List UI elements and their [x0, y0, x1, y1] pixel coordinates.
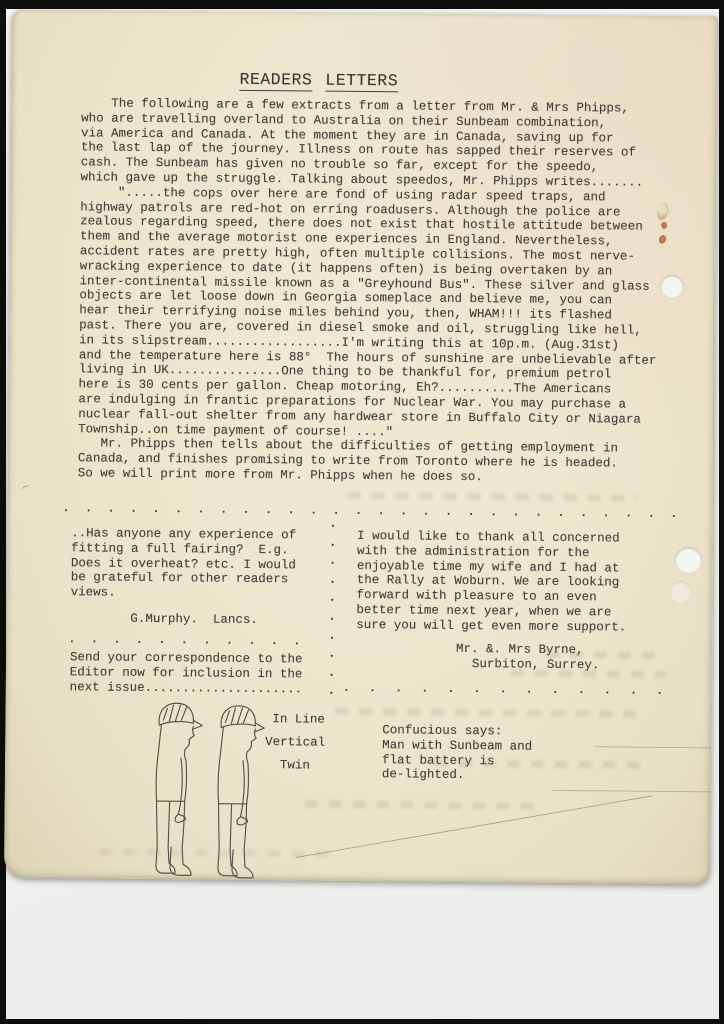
figure-caption-line1: In Line — [272, 712, 325, 727]
hole-punch-ghost — [670, 581, 692, 603]
figure-caption-line2: Vertical — [265, 735, 325, 750]
paper-sheet: READERSLETTERS The following are a few e… — [4, 10, 718, 885]
page-title-word2: LETTERS — [325, 71, 398, 93]
page-title-word1: READERS — [239, 70, 312, 92]
page-title: READERSLETTERS — [239, 70, 411, 92]
byrne-letter-text: I would like to thank all concerned with… — [356, 529, 627, 635]
dotted-separator-right-column: . . . . . . . . . . . . . — [343, 681, 665, 698]
hole-punch-bottom — [675, 547, 702, 573]
murphy-signature: G.Murphy. Lancs. — [130, 612, 258, 628]
hole-punch-top — [660, 275, 683, 298]
rust-spot-1 — [661, 222, 667, 229]
main-article-text: The following are a few extracts from a … — [78, 96, 659, 486]
editor-notice-text: Send your correspondence to the Editor n… — [70, 650, 303, 697]
figure-caption-line3: Twin — [280, 758, 310, 773]
bleedthrough-smudge — [511, 669, 666, 677]
bleedthrough-smudge — [99, 849, 334, 858]
bleedthrough-smudge — [546, 651, 666, 659]
bleedthrough-rule — [595, 746, 711, 748]
scanned-page: READERSLETTERS The following are a few e… — [0, 0, 724, 1024]
confucius-joke-text: Confucious says: Man with Sunbeam and fl… — [382, 723, 533, 784]
dotted-separator-vertical: . . . . . . . . . . — [328, 515, 337, 701]
bleedthrough-smudge — [335, 708, 635, 718]
bleedthrough-smudge — [348, 492, 638, 502]
dotted-separator-left-column: . . . . . . . . . . . — [68, 632, 301, 648]
murphy-letter-text: ..Has anyone any experience of fitting a… — [71, 526, 297, 602]
dotted-separator-top: . . . . . . . . . . . . . . . . . . . . … — [62, 501, 677, 521]
rust-spot-2 — [658, 234, 668, 245]
pencil-mark — [20, 485, 31, 496]
